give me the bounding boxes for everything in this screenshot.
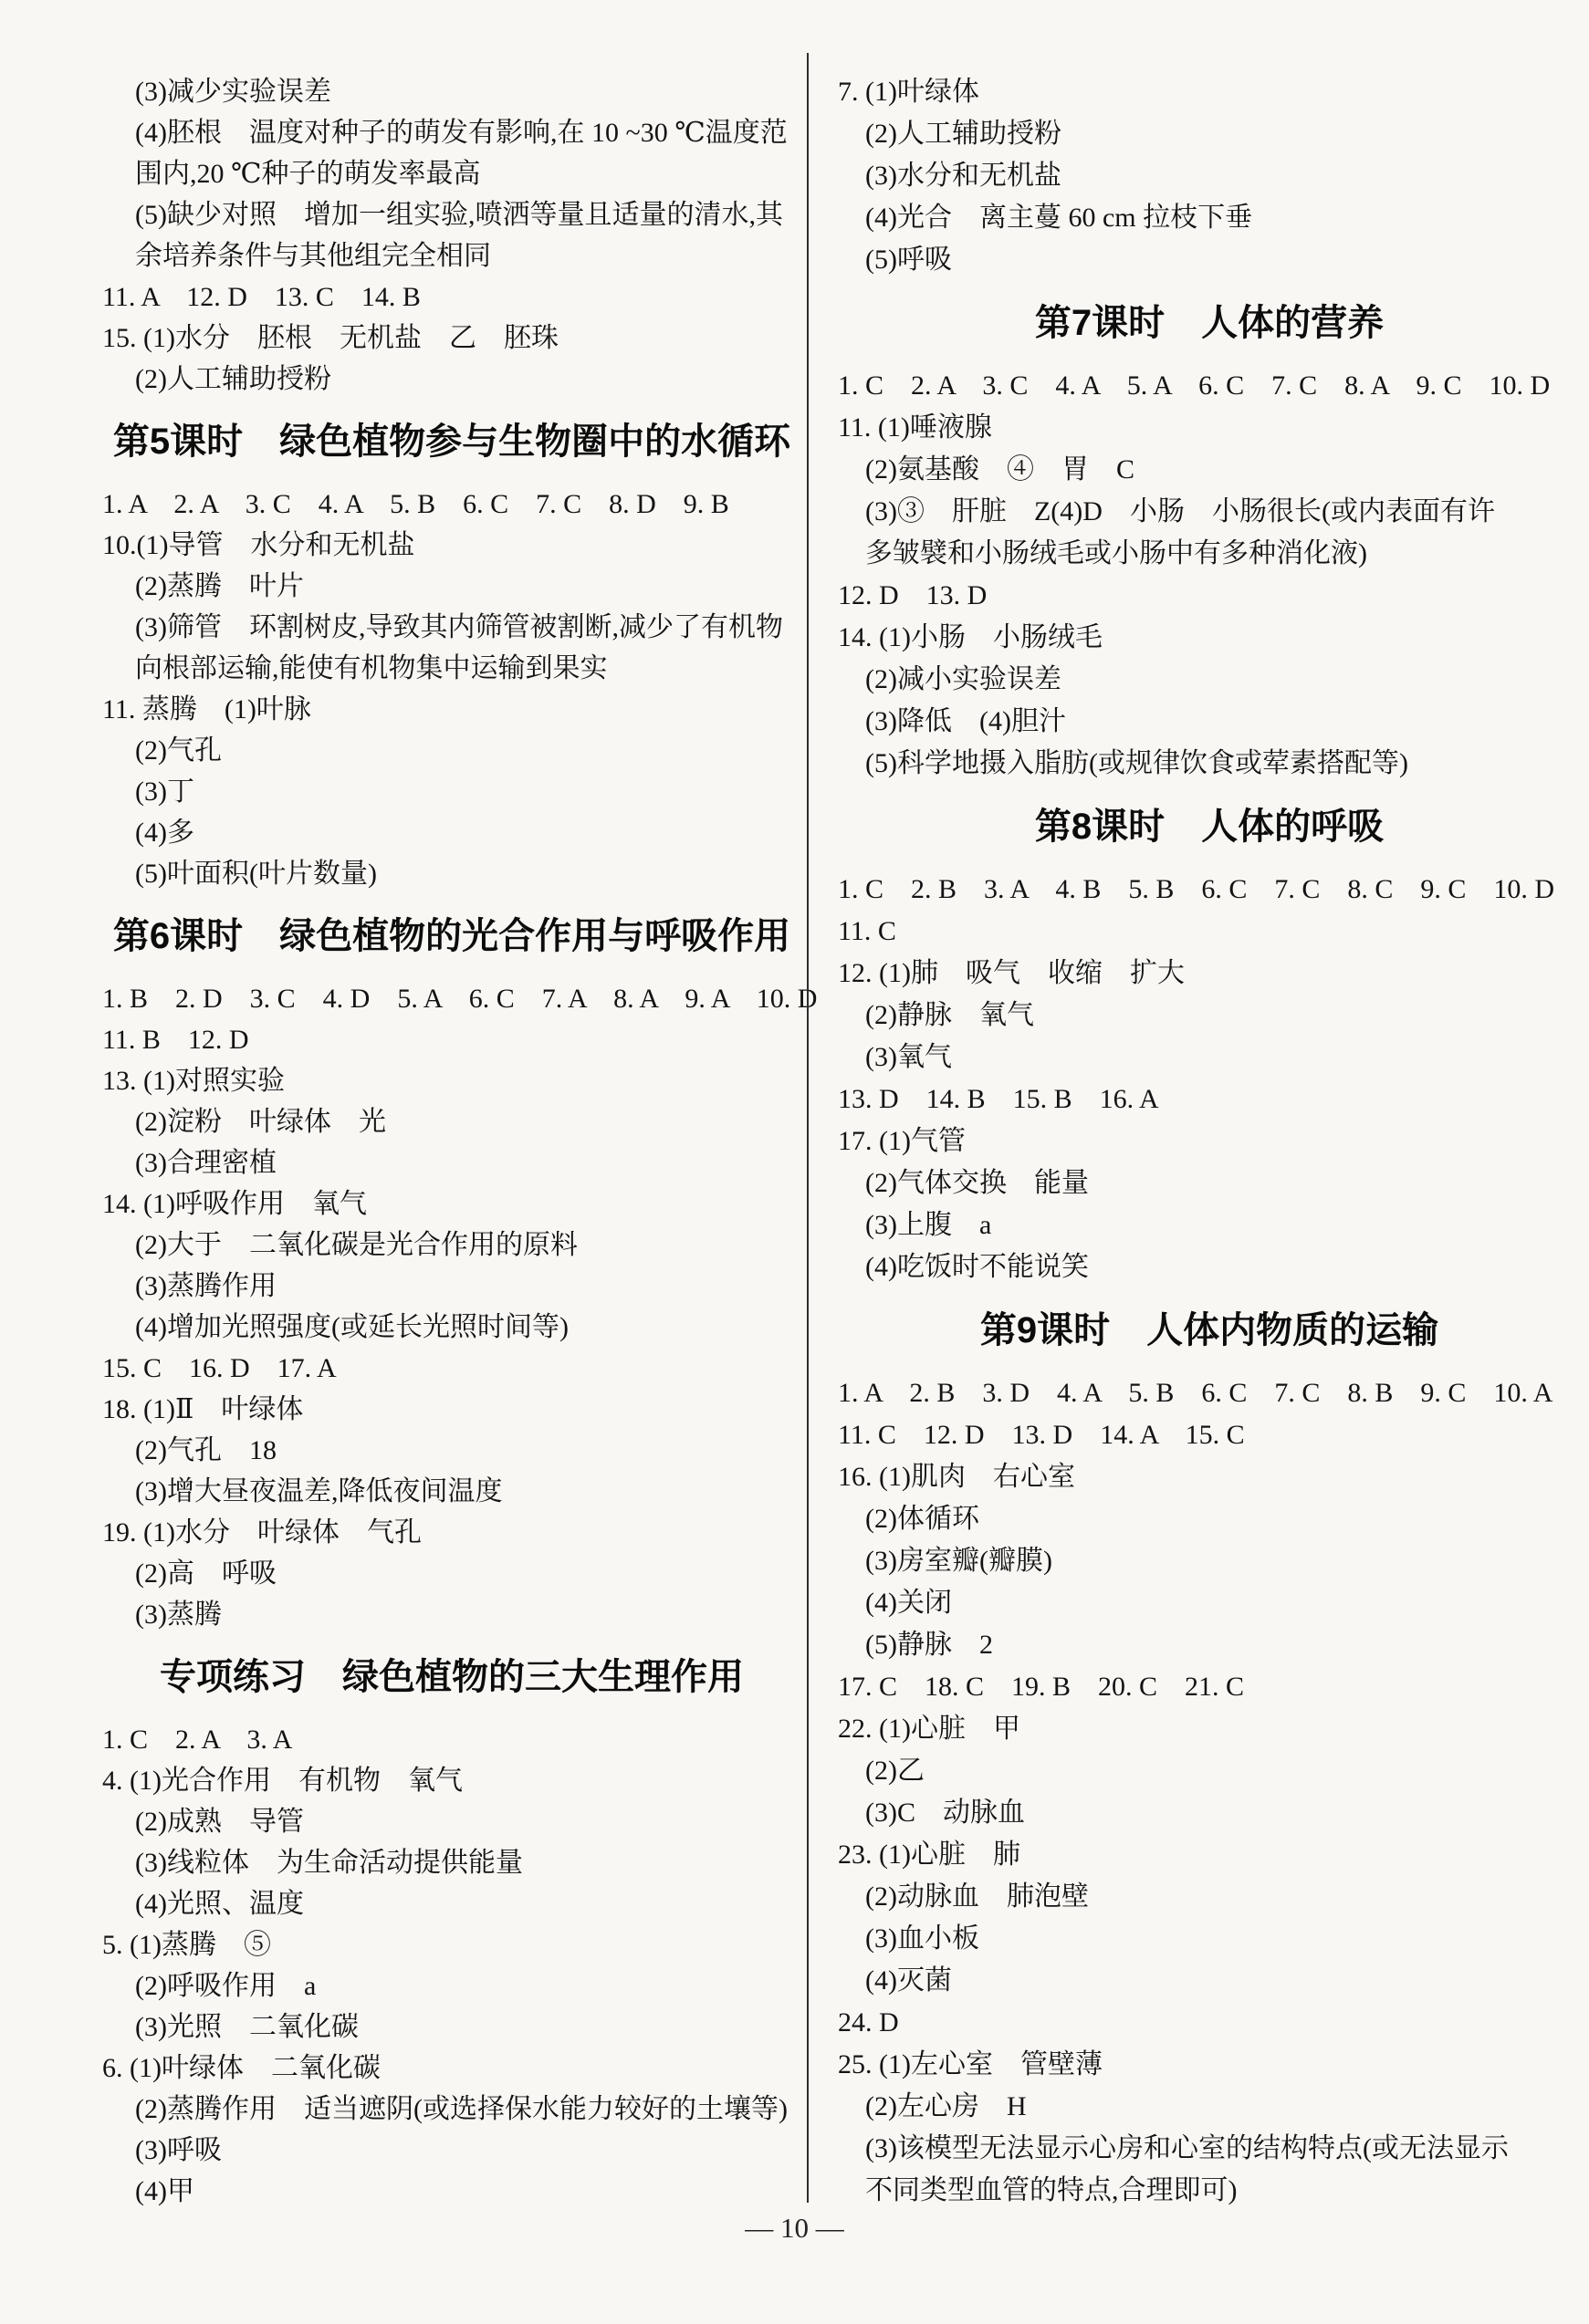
answer-line: 19. (1)水分 叶绿体 气孔 — [102, 1512, 801, 1553]
answer-line: (2)乙 — [838, 1750, 1581, 1792]
answer-line: 12. (1)肺 吸气 收缩 扩大 — [838, 953, 1581, 995]
answer-line: (2)气体交换 能量 — [838, 1162, 1581, 1204]
answer-line: 14. (1)小肠 小肠绒毛 — [838, 617, 1581, 659]
answer-line: 7. (1)叶绿体 — [838, 71, 1581, 113]
answer-line: 6. (1)叶绿体 二氧化碳 — [102, 2048, 801, 2089]
answer-line: (3)呼吸 — [102, 2130, 801, 2171]
answer-line: (5)静脉 2 — [838, 1624, 1581, 1666]
section-heading: 第6课时 绿色植物的光合作用与呼吸作用 — [102, 909, 801, 964]
section-heading: 第7课时 人体的营养 — [838, 296, 1581, 350]
answer-line: 4. (1)光合作用 有机物 氧气 — [102, 1760, 801, 1801]
answer-line: (3)血小板 — [838, 1918, 1581, 1960]
answer-line: 17. (1)气管 — [838, 1120, 1581, 1162]
answer-line: (2)左心房 H — [838, 2086, 1581, 2128]
answer-line: 15. C 16. D 17. A — [102, 1348, 801, 1389]
answer-line: 1. C 2. A 3. A — [102, 1719, 801, 1760]
section-heading: 第9课时 人体内物质的运输 — [838, 1303, 1581, 1358]
answer-line: (4)光合 离主蔓 60 cm 拉枝下垂 — [838, 197, 1581, 239]
answer-line: 11. 蒸腾 (1)叶脉 — [102, 689, 801, 730]
left-column: (3)减少实验误差(4)胚根 温度对种子的萌发有影响,在 10 ~30 ℃温度范… — [102, 71, 801, 2212]
answer-line: (5)呼吸 — [838, 239, 1581, 281]
answer-line-continuation: 多皱襞和小肠绒毛或小肠中有多种消化液) — [838, 533, 1581, 575]
answer-line-continuation: 向根部运输,能使有机物集中运输到果实 — [102, 648, 801, 689]
answer-line-continuation: 不同类型血管的特点,合理即可) — [838, 2170, 1581, 2212]
answer-line: (3)蒸腾 — [102, 1594, 801, 1635]
answer-line: 1. A 2. B 3. D 4. A 5. B 6. C 7. C 8. B … — [838, 1372, 1581, 1414]
answer-line-continuation: 余培养条件与其他组完全相同 — [102, 235, 801, 276]
answer-line: (3)蒸腾作用 — [102, 1266, 801, 1307]
answer-line: 14. (1)呼吸作用 氧气 — [102, 1183, 801, 1225]
answer-line: (3)合理密植 — [102, 1142, 801, 1183]
answer-line: (3)水分和无机盐 — [838, 155, 1581, 197]
answer-line: (4)光照、温度 — [102, 1883, 801, 1924]
answer-line: 22. (1)心脏 甲 — [838, 1708, 1581, 1750]
answer-line: 13. D 14. B 15. B 16. A — [838, 1079, 1581, 1120]
answer-line: (5)科学地摄入脂肪(或规律饮食或荤素搭配等) — [838, 743, 1581, 785]
answer-line: (3)该模型无法显示心房和心室的结构特点(或无法显示 — [838, 2128, 1581, 2170]
answer-line: (2)气孔 18 — [102, 1430, 801, 1471]
answer-line: (4)增加光照强度(或延长光照时间等) — [102, 1307, 801, 1348]
answer-line: (3)③ 肝脏 Z(4)D 小肠 小肠很长(或内表面有许 — [838, 491, 1581, 533]
answer-line: 23. (1)心脏 肺 — [838, 1834, 1581, 1876]
answer-line: (2)大于 二氧化碳是光合作用的原料 — [102, 1225, 801, 1266]
answer-line: (3)C 动脉血 — [838, 1792, 1581, 1834]
answer-line: (3)减少实验误差 — [102, 71, 801, 112]
answer-line: 12. D 13. D — [838, 575, 1581, 617]
page-number: — 10 — — [0, 2212, 1589, 2245]
answer-line: 15. (1)水分 胚根 无机盐 乙 胚珠 — [102, 318, 801, 359]
answer-line: 1. C 2. A 3. C 4. A 5. A 6. C 7. C 8. A … — [838, 365, 1581, 407]
answer-line: 11. (1)唾液腺 — [838, 407, 1581, 449]
answer-line: 1. C 2. B 3. A 4. B 5. B 6. C 7. C 8. C … — [838, 869, 1581, 911]
answer-key-page: (3)减少实验误差(4)胚根 温度对种子的萌发有影响,在 10 ~30 ℃温度范… — [0, 0, 1589, 2324]
answer-line: 17. C 18. C 19. B 20. C 21. C — [838, 1666, 1581, 1708]
section-heading: 第8课时 人体的呼吸 — [838, 799, 1581, 854]
answer-line: (3)降低 (4)胆汁 — [838, 701, 1581, 743]
answer-line: (4)甲 — [102, 2171, 801, 2212]
answer-line-continuation: 围内,20 ℃种子的萌发率最高 — [102, 153, 801, 194]
answer-line: (3)房室瓣(瓣膜) — [838, 1540, 1581, 1582]
column-divider — [807, 53, 809, 2203]
answer-line: 13. (1)对照实验 — [102, 1060, 801, 1101]
answer-line: 5. (1)蒸腾 ⑤ — [102, 1924, 801, 1965]
answer-line: (4)吃饭时不能说笑 — [838, 1246, 1581, 1288]
answer-line: 11. B 12. D — [102, 1019, 801, 1060]
answer-line: (3)氧气 — [838, 1037, 1581, 1079]
answer-line: (4)多 — [102, 812, 801, 853]
answer-line: 16. (1)肌肉 右心室 — [838, 1456, 1581, 1498]
answer-line: (2)人工辅助授粉 — [838, 113, 1581, 155]
answer-line: (2)体循环 — [838, 1498, 1581, 1540]
answer-line: 18. (1)Ⅱ 叶绿体 — [102, 1389, 801, 1430]
answer-line: 11. C 12. D 13. D 14. A 15. C — [838, 1414, 1581, 1456]
answer-line: (5)缺少对照 增加一组实验,喷洒等量且适量的清水,其 — [102, 194, 801, 235]
answer-line: (2)气孔 — [102, 730, 801, 771]
answer-line: (2)动脉血 肺泡壁 — [838, 1876, 1581, 1918]
answer-line: (2)蒸腾 叶片 — [102, 566, 801, 607]
section-heading: 第5课时 绿色植物参与生物圈中的水循环 — [102, 414, 801, 469]
answer-line: (3)增大昼夜温差,降低夜间温度 — [102, 1471, 801, 1512]
answer-line: (3)丁 — [102, 771, 801, 812]
answer-line: (4)灭菌 — [838, 1960, 1581, 2002]
answer-line: (3)线粒体 为生命活动提供能量 — [102, 1842, 801, 1883]
answer-line: 25. (1)左心室 管壁薄 — [838, 2044, 1581, 2086]
right-column: 7. (1)叶绿体(2)人工辅助授粉(3)水分和无机盐(4)光合 离主蔓 60 … — [838, 71, 1581, 2212]
answer-line: (3)筛管 环割树皮,导致其内筛管被割断,减少了有机物 — [102, 607, 801, 648]
section-heading: 专项练习 绿色植物的三大生理作用 — [102, 1650, 801, 1704]
answer-line: (5)叶面积(叶片数量) — [102, 853, 801, 894]
answer-line: (2)淀粉 叶绿体 光 — [102, 1101, 801, 1142]
answer-line: (2)呼吸作用 a — [102, 1965, 801, 2006]
answer-line: 1. B 2. D 3. C 4. D 5. A 6. C 7. A 8. A … — [102, 978, 801, 1019]
answer-line: (2)成熟 导管 — [102, 1801, 801, 1842]
answer-line: (2)减小实验误差 — [838, 659, 1581, 701]
answer-line: 11. C — [838, 911, 1581, 953]
answer-line: 11. A 12. D 13. C 14. B — [102, 276, 801, 318]
answer-line: (3)上腹 a — [838, 1204, 1581, 1246]
answer-line: (2)人工辅助授粉 — [102, 359, 801, 400]
answer-line: (3)光照 二氧化碳 — [102, 2006, 801, 2048]
answer-line: (2)静脉 氧气 — [838, 995, 1581, 1037]
answer-line: 10.(1)导管 水分和无机盐 — [102, 525, 801, 566]
answer-line: (4)关闭 — [838, 1582, 1581, 1624]
answer-line: 24. D — [838, 2002, 1581, 2044]
answer-line: (2)氨基酸 ④ 胃 C — [838, 449, 1581, 491]
answer-line: 1. A 2. A 3. C 4. A 5. B 6. C 7. C 8. D … — [102, 484, 801, 525]
answer-line: (2)高 呼吸 — [102, 1553, 801, 1594]
answer-line: (4)胚根 温度对种子的萌发有影响,在 10 ~30 ℃温度范 — [102, 112, 801, 153]
answer-line: (2)蒸腾作用 适当遮阴(或选择保水能力较好的土壤等) — [102, 2089, 801, 2130]
